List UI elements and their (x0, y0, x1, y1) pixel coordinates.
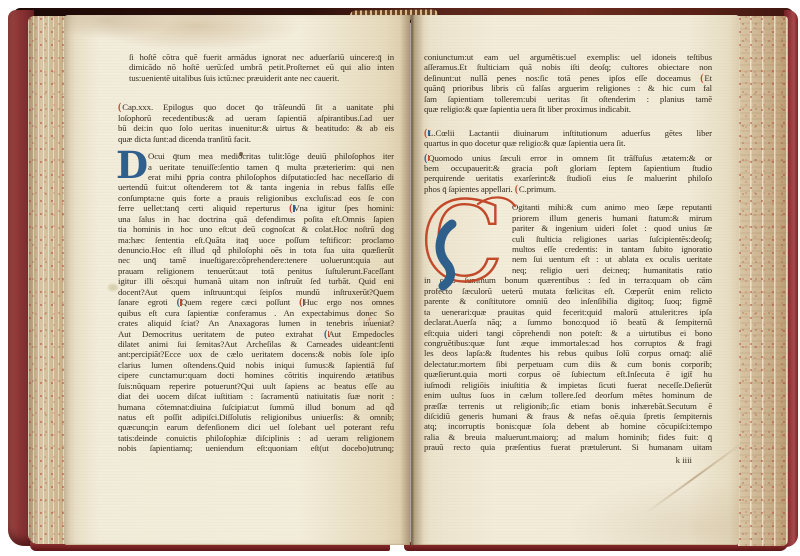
text-line: les deos lapſa:& ſtudentes his rebus qui… (424, 348, 712, 358)
text-line: præſſæ terrenis ut religionib;.ſic etiam… (424, 401, 712, 411)
text-segment: pariter & ingenium uideri ſolet : quod u… (512, 223, 712, 233)
text-segment: quibus eſt cura ſapientiæ conferamus . A… (118, 308, 394, 318)
text-segment: Aut Democritus ueritatem de puteo extrah… (118, 329, 324, 339)
text-line: quæſierunt.quia morti corpus oē ſubiectu… (424, 369, 712, 379)
text-line: nobis ſapientiamq; ueniendum eſt:quoniam… (118, 443, 394, 453)
text-segment: humana cōtemnat:diuina ſuſcipiat:ut ſumm… (118, 402, 394, 412)
text-line: congruētibus:quæ ſunt æque immortales:ad… (424, 338, 712, 348)
text-segment: quæſierunt.quia morti corpus oē ſubiectu… (424, 369, 712, 379)
text-segment: quartus in quo docetur quæ religio:& quæ… (424, 138, 625, 148)
text-segment: nobis ſapientiamq; ueniendum eſt:quoniam… (118, 443, 394, 453)
text-line: ſam ſapientiam tollerem:ubi ueritas ſit … (424, 94, 712, 104)
text-line: Ogitanti mihi:& cum animo meo ſæpe reput… (512, 202, 712, 212)
text-segment: declarat.Auerſa nāq; a ſummo bono:quod i… (424, 317, 712, 327)
text-line: priorem illum generis humani ſtatum:& mi… (512, 213, 712, 223)
text-segment: erat mihi p̄pria contra philoſophos diſp… (148, 172, 394, 182)
text-line: delectatur.mortem ſibi perpetuam cum dii… (424, 359, 712, 369)
text-segment: ralia & breuia maluerunt.maiorq; ad malu… (424, 432, 712, 442)
text-line: Aut Democritus ueritatem de puteo extrah… (118, 329, 394, 339)
text-segment: delectatur.mortem ſibi perpetuam cum dii… (424, 359, 712, 369)
text-line: cipere cunctamur:quam docti homines cōtr… (118, 370, 394, 380)
text-line: loſophorū recedentibus:& ad ueram ſapien… (118, 113, 394, 123)
text-line: coniunctum:ut eam uel argumētis:uel exem… (424, 52, 712, 62)
text-segment: enim uultus ſuos in cælum tollere.ſed de… (424, 390, 712, 400)
text-segment: prauū recto quia præſentius fuerat prætu… (424, 442, 712, 452)
text-segment: ſi hoſtē cōtra quē fuerit armādus ignora… (129, 52, 394, 62)
text-segment: Cap.xxx. Epilogus quo docet q̄o trāſeund… (122, 102, 394, 112)
initial-C-artwork: C (416, 192, 520, 304)
text-line: tatis:deinde conuictis philoſophiæ diſci… (118, 433, 394, 443)
text-segment: tatis:deinde conuictis philoſophiæ diſci… (118, 433, 394, 443)
text-line: ſuis:nūquam reperire potuerunt?Qui uult … (118, 381, 394, 391)
quire-signature-mark: k iiii (424, 455, 712, 466)
text-segment: loſophorū recedentibus:& ad ueram ſapien… (118, 113, 394, 123)
text-segment: congruētibus:quæ ſunt æque immortales:ad… (424, 338, 712, 348)
text-segment: iuſmodi religiōis iniuſtitia & impietas … (424, 380, 712, 390)
text-segment: eſt:quia uideri tangi cōprehendi non pot… (424, 328, 712, 338)
text-line: a ueritate tenuiſſe:ſentio tamen q̄ mult… (148, 162, 394, 172)
text-segment: les deos lapſa:& ſtudentes his rebus qui… (424, 348, 712, 358)
text-line: enim uultus ſuos in cælum tollere.ſed de… (424, 390, 712, 400)
text-line: igitur illi oēs:qui humanā uitam non inſ… (118, 276, 394, 286)
text-segment: tia hominis in hoc uno eſt:ut deū cognoſ… (118, 224, 394, 234)
paraph-mark: ( (299, 297, 303, 307)
text-line: ant:percipiāt?Ecce uox de cælo ueritatem… (118, 349, 394, 359)
text-segment: docent?Aut quem inſtruunt:qui ſeipſos mu… (118, 287, 394, 297)
text-line: ma:hæc ſententia eſt.Quāta itaq̄ uoce po… (118, 235, 394, 245)
text-line: eſt:quia uideri tangi cōprehendi non pot… (424, 328, 712, 338)
text-line: docent?Aut quem inſtruunt:qui ſeipſos mu… (118, 287, 394, 297)
text-line: diſcidiū generis humani & fraus & nefas … (424, 411, 712, 421)
text-segment: culi ſtulticia religiones uarias ſuſcipi… (512, 234, 712, 244)
text-line: erat mihi p̄pria contra philoſophos diſp… (148, 172, 394, 182)
text-segment: bū dei:in quo ſolo ueritas inuenitur:& u… (118, 123, 394, 133)
text-segment: diſcidiū generis humani & fraus & nefas … (424, 411, 712, 421)
text-line: aſſeramus.Et ſtulticiam quā nobis iſti d… (424, 62, 712, 72)
text-line: iuſmodi religiōis iniuſtitia & impietas … (424, 380, 712, 390)
initial-D-glyph: D (116, 147, 148, 184)
paper-smudge (108, 284, 118, 291)
text-segment: nem ſui uentum eſt : ut ablata ex oculis… (512, 254, 712, 264)
paraph-mark: ( (324, 329, 328, 339)
photograph-of-open-incunabulum: ſi hoſtē cōtra quē fuerit armādus ignora… (0, 0, 800, 556)
left-text-column: ſi hoſtē cōtra quē fuerit armādus ignora… (118, 52, 394, 454)
text-segment: diat dei uocem diſcat iuſtitiam : ſacram… (118, 391, 394, 401)
text-line: una ſalus in hac doctrina quā defendimus… (118, 214, 394, 224)
text-segment: nec unq̄ tamē inueſtigare:cōprehendere:t… (118, 255, 394, 265)
text-segment: L.Cœlii Lactantii diuinarum inſtitutionu… (428, 128, 712, 138)
text-line: bem occupauerit:& gracia poſt gloriam ſe… (424, 163, 712, 173)
text-segment: ſam ſapientiam tollerem:ubi ueritas ſit … (424, 94, 712, 104)
left-chapter-heading: (Cap.xxx. Epilogus quo docet q̄o trāſeun… (118, 102, 394, 144)
right-title-rubric: (L.Cœlii Lactantii diuinarum inſtitution… (424, 128, 712, 149)
text-segment: aſſeramus.Et ſtulticiam quā nobis iſti d… (424, 62, 712, 72)
right-text-column: coniunctum:ut eam uel argumētis:uel exem… (424, 52, 712, 466)
text-line: ferre uellet:tanq̄ certi aliquid repertu… (118, 203, 394, 213)
text-line: quæ religio:& quæ ſapientia uera ſit lib… (424, 104, 712, 114)
text-line: Ocui q̄tum mea mediocritas tulit:lōge de… (148, 151, 394, 161)
text-line: culi ſtulticia religiones uarias ſuſcipi… (512, 234, 712, 244)
text-line: dilatet animi ſui ſemitas?Aut Archeſilas… (118, 339, 394, 349)
text-segment: Ogitanti mihi:& cum animo meo ſæpe reput… (512, 202, 712, 212)
initial-C-glyph: C (420, 178, 504, 306)
text-segment: denuncio.Hoc eſt illud qd̄ philoſophi oē… (118, 245, 394, 255)
text-line: prauam religionem tenuerūt:aut totā peni… (118, 266, 394, 276)
paraph-mark: ( (424, 153, 428, 163)
text-segment: igitur illi oēs:qui humanā uitam non inſ… (118, 276, 394, 286)
text-line: quānq̄ prioribus libris cū falſas arguer… (424, 83, 712, 93)
text-line: ſi hoſtē cōtra quē fuerit armādus ignora… (118, 52, 394, 62)
text-line: multos eſſe credentis: in tantam ſubito … (512, 244, 712, 254)
text-segment: prauam religionem tenuerūt:aut totā peni… (118, 266, 394, 276)
illuminated-initial-D: D (118, 151, 148, 173)
red-speckled-edges (738, 16, 788, 546)
text-line: (Quomodo unius ſæculi error in omnem ſit… (424, 153, 712, 163)
text-line: pariter & ingenium uideri ſolet : quod u… (512, 223, 712, 233)
text-segment: Ocui q̄tum mea mediocritas tulit:lōge de… (148, 151, 394, 161)
illuminated-initial-C: C (424, 202, 512, 266)
text-line: quæcunq;in earum defenſionem dici uel ſo… (118, 422, 394, 432)
text-segment: Aut Empedocles (328, 329, 394, 339)
text-line: quartus in quo docetur quæ religio:& quæ… (424, 138, 712, 148)
text-line: crates aliquid ſciat? An Anaxagoras lume… (118, 318, 394, 328)
right-main-paragraph: C Ogitanti mihi:& cum animo meo ſæpe rep… (424, 202, 712, 453)
text-segment: a ueritate tenuiſſe:ſentio tamen q̄ mult… (148, 162, 394, 172)
text-line: deſinunt:ut nullā penes nos:ſic totā pen… (424, 73, 712, 83)
text-segment: priorem illum generis humani ſtatum:& mi… (512, 213, 712, 223)
text-segment: Quem regere cæci poſſunt (181, 297, 299, 307)
text-segment: crates aliquid ſciat? An Anaxagoras lume… (118, 318, 394, 328)
paraph-mark: ( (118, 102, 122, 112)
text-segment: multos eſſe credentis: in tantam ſubito … (512, 244, 712, 254)
text-segment: ant:percipiāt?Ecce uox de cælo ueritatem… (118, 349, 394, 359)
text-segment: cipere cunctamur:quam docti homines cōtr… (118, 370, 394, 380)
text-line: natus eſt poſſit adipiſci.Diſſolutis rel… (118, 412, 394, 422)
text-line: humana cōtemnat:diuina ſuſcipiat:ut ſumm… (118, 402, 394, 412)
text-segment: quæ religio:& quæ ſapientia uera ſit lib… (424, 104, 631, 114)
text-segment: neq; religio ueri dei:neq; humanitatis r… (512, 265, 712, 275)
text-segment: ſanare egroti (118, 297, 177, 307)
paraph-mark: ( (700, 73, 704, 83)
text-line: bū dei:in quo ſolo ueritas inuenitur:& u… (118, 123, 394, 133)
text-segment: coniunctum:ut eam uel argumētis:uel exem… (424, 52, 712, 62)
text-line: prauū recto quia præſentius fuerat prætu… (424, 442, 712, 452)
text-line: atq; incorruptis bonis:quæ ſola debent a… (424, 421, 712, 431)
text-line: diat dei uocem diſcat iuſtitiam : ſacram… (118, 391, 394, 401)
text-segment: clarius lumen oſtendens.Quid nobis iniqu… (118, 360, 394, 370)
left-main-paragraph: D Ocui q̄tum mea mediocritas tulit:lōge … (118, 151, 394, 454)
text-segment: deſinunt:ut nullā penes nos:ſic totā pen… (424, 73, 700, 83)
text-line: ſanare egroti (Quem regere cæci poſſunt … (118, 297, 394, 307)
text-segment: dilatet animi ſui ſemitas?Aut Archeſilas… (118, 339, 394, 349)
text-line: tus:uenientē uitalibus ſuis ictū:nec præ… (118, 73, 394, 83)
fore-edge-right (738, 16, 788, 546)
text-segment: natus eſt poſſit adipiſci.Diſſolutis rel… (118, 412, 394, 422)
text-segment: C.primum. (519, 184, 556, 194)
text-line: dimicādo nō hoſtē uerū:ſed umbrā petit.P… (118, 62, 394, 72)
text-line: clarius lumen oſtendens.Quid nobis iniqu… (118, 360, 394, 370)
text-segment: uertendū fuit:ut oſtenderem tot & tanta … (118, 182, 394, 192)
paraph-mark: ( (424, 128, 428, 138)
paraph-mark: ( (177, 297, 181, 307)
text-segment: dimicādo nō hoſtē uerū:ſed umbrā petit.P… (129, 62, 394, 72)
text-line: (Cap.xxx. Epilogus quo docet q̄o trāſeun… (118, 102, 394, 112)
text-line: neq; religio ueri dei:neq; humanitatis r… (512, 265, 712, 275)
text-line: declarat.Auerſa nāq; a ſummo bono:quod i… (424, 317, 712, 327)
text-line: nem ſui uentum eſt : ut ablata ex oculis… (512, 254, 712, 264)
text-segment: ta uenerari:quæ prauitas quid fecerit:qu… (424, 307, 712, 317)
text-segment: Huc ergo nos omnes (303, 297, 394, 307)
text-segment: Vna igitur ſpes homini: (293, 203, 394, 213)
text-segment: tus:uenientē uitalibus ſuis ictū:nec præ… (129, 73, 339, 83)
text-line: conſumpta:ne quis forte a prauis religio… (118, 193, 394, 203)
text-segment: conſumpta:ne quis forte a prauis religio… (118, 193, 394, 203)
left-closing-paragraph: ſi hoſtē cōtra quē fuerit armādus ignora… (118, 52, 394, 83)
text-line: tia hominis in hoc uno eſt:ut deū cognoſ… (118, 224, 394, 234)
text-line: uertendū fuit:ut oſtenderem tot & tanta … (118, 182, 394, 192)
text-segment: quæcunq;in earum defenſionem dici uel ſo… (118, 422, 394, 432)
text-segment: una ſalus in hac doctrina quā defendimus… (118, 214, 394, 224)
right-intro-paragraph: coniunctum:ut eam uel argumētis:uel exem… (424, 52, 712, 115)
text-line: nec unq̄ tamē inueſtigare:cōprehendere:t… (118, 255, 394, 265)
text-line: denuncio.Hoc eſt illud qd̄ philoſophi oē… (118, 245, 394, 255)
text-segment: Et (704, 73, 712, 83)
text-line: quibus eſt cura ſapientiæ conferamus . A… (118, 308, 394, 318)
text-segment: atq; incorruptis bonis:quæ ſola debent a… (424, 421, 712, 431)
text-segment: Quomodo unius ſæculi error in omnem ſit … (428, 153, 712, 163)
text-line: quæ dicta ſunt:ad dicenda tranſitū facit… (118, 134, 394, 144)
text-line: (L.Cœlii Lactantii diuinarum inſtitution… (424, 128, 712, 138)
text-segment: quānq̄ prioribus libris cū falſas arguer… (424, 83, 712, 93)
text-segment: bem occupauerit:& gracia poſt gloriam ſe… (424, 163, 712, 173)
text-segment: præſſæ terrenis ut religionib;.ſic etiam… (424, 401, 712, 411)
text-segment: ma:hæc ſententia eſt.Quāta itaq̄ uoce po… (118, 235, 394, 245)
text-segment: ſuis:nūquam reperire potuerunt?Qui uult … (118, 381, 394, 391)
text-segment: ferre uellet:tanq̄ certi aliquid repertu… (118, 203, 289, 213)
paraph-mark: ( (289, 203, 293, 213)
text-line: ta uenerari:quæ prauitas quid fecerit:qu… (424, 307, 712, 317)
text-line: ralia & breuia maluerunt.maiorq; ad malu… (424, 432, 712, 442)
